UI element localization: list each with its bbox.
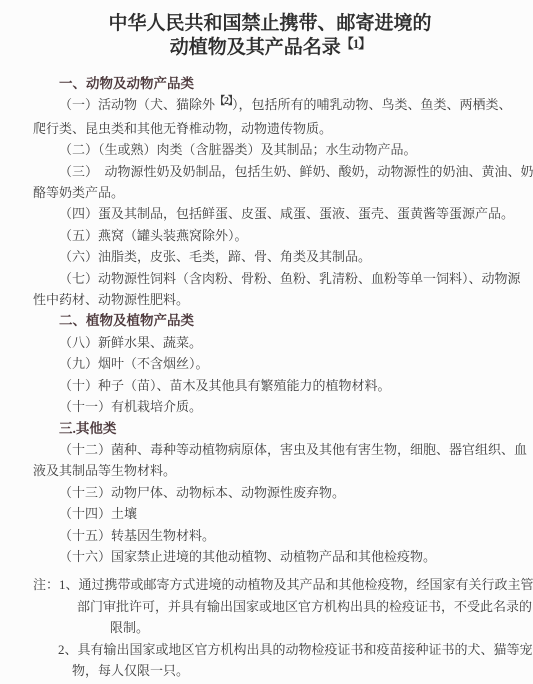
section-2-heading: 二、植物及植物产品类 [33,310,507,331]
item-1-line-2: 爬行类、昆虫类和其他无脊椎动物，动物遗传物质。 [33,118,507,139]
footnotes: 注：1、通过携带或邮寄方式进境的动植物及其产品和其他检疫物，经国家有关行政主管 … [33,574,507,681]
item-12-line-1: （十二）菌种、毒种等动植物病原体，害虫及其他有害生物，细胞、器官组织、血 [33,439,507,460]
title-line-2: 动植物及其产品名录【1】 [33,36,507,61]
item-11: （十一）有机栽培介质。 [33,396,507,417]
item-6: （六）油脂类，皮张、毛类，蹄、骨、角类及其制品。 [33,246,507,267]
item-3-line-2: 酪等奶类产品。 [33,182,507,203]
item-4: （四）蛋及其制品，包括鲜蛋、皮蛋、咸蛋、蛋液、蛋壳、蛋黄酱等蛋源产品。 [33,203,507,224]
document-page: 中华人民共和国禁止携带、邮寄进境的 动植物及其产品名录【1】 一、动物及动物产品… [0,0,533,684]
item-15: （十五）转基因生物材料。 [33,525,507,546]
section-3-heading: 三.其他类 [33,418,507,439]
item-7-line-2: 性中药材、动物源性肥料。 [33,289,507,310]
title-line-1: 中华人民共和国禁止携带、邮寄进境的 [33,12,507,36]
item-12-line-2: 液及其制品等生物材料。 [33,460,507,481]
note-1-line-2: 部门审批许可，并具有输出国家或地区官方机构出具的检疫证书，不受此名录的 [33,596,507,617]
item-16: （十六）国家禁止进境的其他动植物、动植物产品和其他检疫物。 [33,546,507,567]
footnote-ref-2: 【2】 [215,96,232,107]
note-1-line-1: 注：1、通过携带或邮寄方式进境的动植物及其产品和其他检疫物，经国家有关行政主管 [33,574,507,595]
title-line-2-text: 动植物及其产品名录 [170,37,341,58]
item-1-text-post: ），包括所有的哺乳动物、鸟类、鱼类、两栖类、 [232,97,512,112]
item-1-text-pre: （一）活动物（犬、猫除外 [59,97,215,112]
item-5: （五）燕窝（罐头装燕窝除外）。 [33,225,507,246]
section-1-heading: 一、动物及动物产品类 [33,73,507,94]
document-title: 中华人民共和国禁止携带、邮寄进境的 动植物及其产品名录【1】 [33,12,507,61]
item-8: （八）新鲜水果、蔬菜。 [33,332,507,353]
section-plant-products: 二、植物及植物产品类 （八）新鲜水果、蔬菜。 （九）烟叶（不含烟丝）。 （十）种… [33,310,507,417]
item-9: （九）烟叶（不含烟丝）。 [33,353,507,374]
item-10: （十）种子（苗）、苗木及其他具有繁殖能力的植物材料。 [33,375,507,396]
note-1-line-3: 限制。 [33,617,507,638]
note-2-line-1: 2、具有输出国家或地区官方机构出具的动物检疫证书和疫苗接种证书的犬、猫等宠 [33,639,507,660]
item-3-line-1: （三） 动物源性奶及奶制品，包括生奶、鲜奶、酸奶，动物源性的奶油、黄油、奶 [33,161,507,182]
note-2-line-2: 物，每人仅限一只。 [33,660,507,681]
section-animal-products: 一、动物及动物产品类 （一）活动物（犬、猫除外【2】），包括所有的哺乳动物、鸟类… [33,73,507,310]
title-footnote-ref-1: 【1】 [341,36,371,51]
section-other: 三.其他类 （十二）菌种、毒种等动植物病原体，害虫及其他有害生物，细胞、器官组织… [33,418,507,568]
item-1-line-1: （一）活动物（犬、猫除外【2】），包括所有的哺乳动物、鸟类、鱼类、两栖类、 [33,94,507,117]
item-2: （二）（生或熟）肉类（含脏器类）及其制品；水生动物产品。 [33,139,507,160]
item-14: （十四）土壤 [33,503,507,524]
item-13: （十三）动物尸体、动物标本、动物源性废弃物。 [33,482,507,503]
item-7-line-1: （七）动物源性饲料（含肉粉、骨粉、鱼粉、乳清粉、血粉等单一饲料）、动物源 [33,268,507,289]
